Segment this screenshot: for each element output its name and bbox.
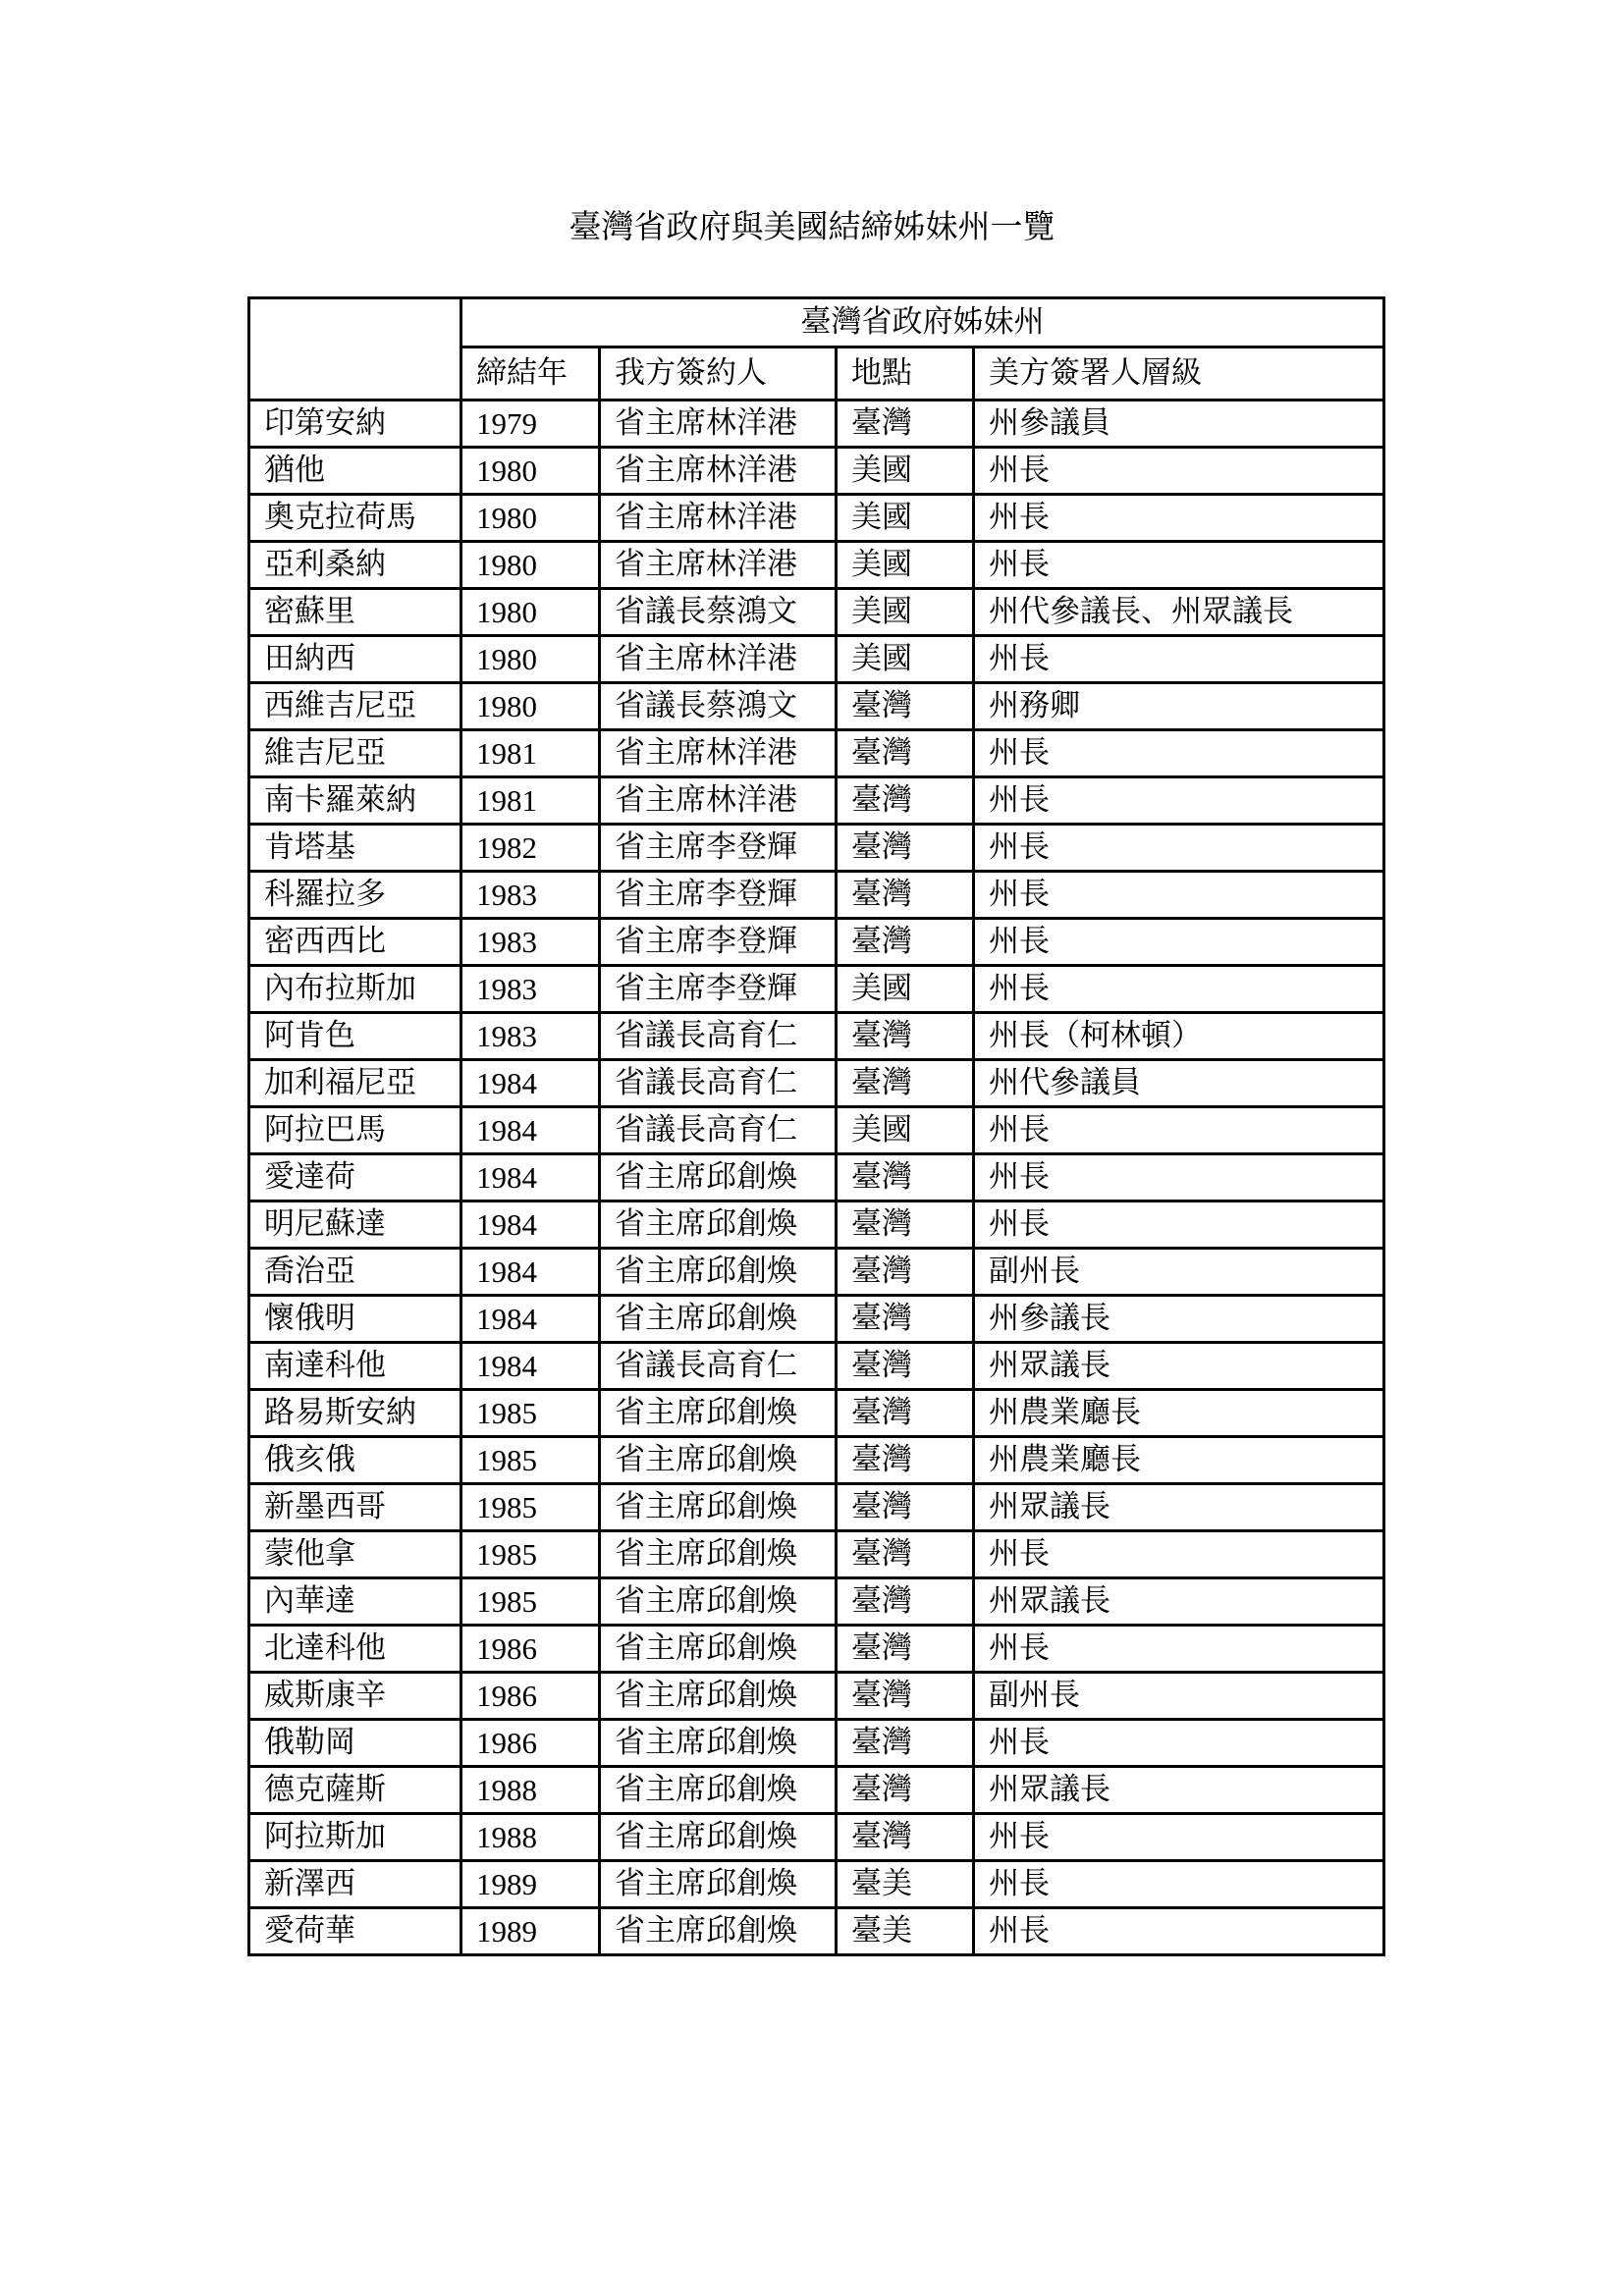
state-cell: 內布拉斯加 — [249, 966, 461, 1013]
table-row: 加利福尼亞1984省議長高育仁臺灣州代參議員 — [249, 1060, 1384, 1107]
state-cell: 明尼蘇達 — [249, 1201, 461, 1249]
year-cell: 1986 — [461, 1673, 600, 1720]
state-cell: 奧克拉荷馬 — [249, 495, 461, 542]
year-cell: 1988 — [461, 1814, 600, 1861]
state-cell: 新澤西 — [249, 1861, 461, 1908]
place-cell: 臺灣 — [837, 1720, 974, 1767]
corner-cell — [249, 298, 461, 400]
place-cell: 臺灣 — [837, 777, 974, 825]
year-cell: 1984 — [461, 1201, 600, 1249]
signer-cell: 省主席林洋港 — [600, 495, 837, 542]
us-level-cell: 州長 — [974, 495, 1384, 542]
signer-cell: 省主席林洋港 — [600, 777, 837, 825]
place-cell: 臺美 — [837, 1908, 974, 1955]
place-cell: 臺灣 — [837, 683, 974, 730]
table-row: 北達科他1986省主席邱創煥臺灣州長 — [249, 1626, 1384, 1673]
signer-cell: 省主席邱創煥 — [600, 1578, 837, 1626]
table-row: 威斯康辛1986省主席邱創煥臺灣副州長 — [249, 1673, 1384, 1720]
state-cell: 印第安納 — [249, 400, 461, 448]
signer-cell: 省主席邱創煥 — [600, 1767, 837, 1814]
us-level-cell: 州長 — [974, 1861, 1384, 1908]
signer-cell: 省主席邱創煥 — [600, 1484, 837, 1531]
signer-cell: 省主席林洋港 — [600, 730, 837, 777]
place-cell: 臺灣 — [837, 730, 974, 777]
year-cell: 1984 — [461, 1296, 600, 1343]
state-cell: 猶他 — [249, 448, 461, 495]
year-cell: 1980 — [461, 683, 600, 730]
state-cell: 南卡羅萊納 — [249, 777, 461, 825]
table-row: 喬治亞1984省主席邱創煥臺灣副州長 — [249, 1249, 1384, 1296]
us-level-cell: 副州長 — [974, 1249, 1384, 1296]
signer-cell: 省議長蔡鴻文 — [600, 683, 837, 730]
table-row: 內布拉斯加1983省主席李登輝美國州長 — [249, 966, 1384, 1013]
us-level-cell: 州長 — [974, 448, 1384, 495]
signer-cell: 省主席邱創煥 — [600, 1390, 837, 1437]
column-header-signer: 我方簽約人 — [600, 347, 837, 400]
signer-cell: 省主席李登輝 — [600, 919, 837, 966]
place-cell: 臺美 — [837, 1861, 974, 1908]
state-cell: 亞利桑納 — [249, 542, 461, 589]
year-cell: 1981 — [461, 730, 600, 777]
table-row: 西維吉尼亞1980省議長蔡鴻文臺灣州務卿 — [249, 683, 1384, 730]
table-row: 懷俄明1984省主席邱創煥臺灣州參議長 — [249, 1296, 1384, 1343]
place-cell: 臺灣 — [837, 919, 974, 966]
table-row: 明尼蘇達1984省主席邱創煥臺灣州長 — [249, 1201, 1384, 1249]
place-cell: 臺灣 — [837, 1390, 974, 1437]
place-cell: 臺灣 — [837, 1578, 974, 1626]
year-cell: 1985 — [461, 1531, 600, 1578]
us-level-cell: 州農業廳長 — [974, 1390, 1384, 1437]
table-row: 密蘇里1980省議長蔡鴻文美國州代參議長、州眾議長 — [249, 589, 1384, 636]
table-body: 印第安納1979省主席林洋港臺灣州參議員猶他1980省主席林洋港美國州長奧克拉荷… — [249, 400, 1384, 1955]
signer-cell: 省主席邱創煥 — [600, 1720, 837, 1767]
state-cell: 新墨西哥 — [249, 1484, 461, 1531]
place-cell: 臺灣 — [837, 1154, 974, 1201]
year-cell: 1985 — [461, 1437, 600, 1484]
table-row: 愛荷華1989省主席邱創煥臺美州長 — [249, 1908, 1384, 1955]
us-level-cell: 州代參議長、州眾議長 — [974, 589, 1384, 636]
signer-cell: 省主席邱創煥 — [600, 1437, 837, 1484]
state-cell: 威斯康辛 — [249, 1673, 461, 1720]
signer-cell: 省主席邱創煥 — [600, 1861, 837, 1908]
signer-cell: 省主席邱創煥 — [600, 1296, 837, 1343]
table-row: 阿肯色1983省議長高育仁臺灣州長（柯林頓） — [249, 1013, 1384, 1060]
table-row: 阿拉斯加1988省主席邱創煥臺灣州長 — [249, 1814, 1384, 1861]
place-cell: 美國 — [837, 448, 974, 495]
table-row: 亞利桑納1980省主席林洋港美國州長 — [249, 542, 1384, 589]
us-level-cell: 州長（柯林頓） — [974, 1013, 1384, 1060]
us-level-cell: 州長 — [974, 1720, 1384, 1767]
document-title: 臺灣省政府與美國結締姊妹州一覽 — [0, 201, 1624, 247]
year-cell: 1984 — [461, 1249, 600, 1296]
year-cell: 1985 — [461, 1390, 600, 1437]
signer-cell: 省主席李登輝 — [600, 872, 837, 919]
place-cell: 臺灣 — [837, 1201, 974, 1249]
place-cell: 美國 — [837, 966, 974, 1013]
state-cell: 維吉尼亞 — [249, 730, 461, 777]
table-row: 密西西比1983省主席李登輝臺灣州長 — [249, 919, 1384, 966]
state-cell: 科羅拉多 — [249, 872, 461, 919]
column-header-place: 地點 — [837, 347, 974, 400]
year-cell: 1985 — [461, 1484, 600, 1531]
us-level-cell: 州眾議長 — [974, 1767, 1384, 1814]
us-level-cell: 州參議長 — [974, 1296, 1384, 1343]
place-cell: 臺灣 — [837, 1343, 974, 1390]
signer-cell: 省主席林洋港 — [600, 400, 837, 448]
year-cell: 1989 — [461, 1861, 600, 1908]
year-cell: 1982 — [461, 825, 600, 872]
signer-cell: 省主席邱創煥 — [600, 1908, 837, 1955]
us-level-cell: 州長 — [974, 919, 1384, 966]
state-cell: 加利福尼亞 — [249, 1060, 461, 1107]
table-row: 俄亥俄1985省主席邱創煥臺灣州農業廳長 — [249, 1437, 1384, 1484]
us-level-cell: 州長 — [974, 825, 1384, 872]
place-cell: 美國 — [837, 1107, 974, 1154]
signer-cell: 省主席邱創煥 — [600, 1154, 837, 1201]
us-level-cell: 州長 — [974, 1107, 1384, 1154]
signer-cell: 省主席邱創煥 — [600, 1249, 837, 1296]
signer-cell: 省主席林洋港 — [600, 636, 837, 683]
group-header: 臺灣省政府姊妹州 — [461, 298, 1384, 347]
table-row: 蒙他拿1985省主席邱創煥臺灣州長 — [249, 1531, 1384, 1578]
us-level-cell: 州務卿 — [974, 683, 1384, 730]
year-cell: 1980 — [461, 448, 600, 495]
us-level-cell: 州長 — [974, 1201, 1384, 1249]
state-cell: 愛荷華 — [249, 1908, 461, 1955]
place-cell: 臺灣 — [837, 1767, 974, 1814]
table-row: 猶他1980省主席林洋港美國州長 — [249, 448, 1384, 495]
place-cell: 臺灣 — [837, 1531, 974, 1578]
table-row: 田納西1980省主席林洋港美國州長 — [249, 636, 1384, 683]
year-cell: 1980 — [461, 636, 600, 683]
signer-cell: 省議長高育仁 — [600, 1107, 837, 1154]
year-cell: 1984 — [461, 1154, 600, 1201]
us-level-cell: 州長 — [974, 777, 1384, 825]
us-level-cell: 州長 — [974, 1908, 1384, 1955]
us-level-cell: 州長 — [974, 1531, 1384, 1578]
year-cell: 1985 — [461, 1578, 600, 1626]
state-cell: 俄亥俄 — [249, 1437, 461, 1484]
year-cell: 1980 — [461, 589, 600, 636]
year-cell: 1980 — [461, 542, 600, 589]
year-cell: 1983 — [461, 1013, 600, 1060]
us-level-cell: 州長 — [974, 1154, 1384, 1201]
place-cell: 臺灣 — [837, 1814, 974, 1861]
state-cell: 德克薩斯 — [249, 1767, 461, 1814]
year-cell: 1980 — [461, 495, 600, 542]
state-cell: 北達科他 — [249, 1626, 461, 1673]
us-level-cell: 州長 — [974, 966, 1384, 1013]
state-cell: 密蘇里 — [249, 589, 461, 636]
place-cell: 臺灣 — [837, 872, 974, 919]
us-level-cell: 州長 — [974, 636, 1384, 683]
place-cell: 臺灣 — [837, 1060, 974, 1107]
us-level-cell: 州眾議長 — [974, 1343, 1384, 1390]
us-level-cell: 州長 — [974, 872, 1384, 919]
us-level-cell: 州長 — [974, 1626, 1384, 1673]
signer-cell: 省主席李登輝 — [600, 825, 837, 872]
place-cell: 美國 — [837, 495, 974, 542]
signer-cell: 省議長高育仁 — [600, 1013, 837, 1060]
us-level-cell: 副州長 — [974, 1673, 1384, 1720]
signer-cell: 省議長高育仁 — [600, 1343, 837, 1390]
state-cell: 俄勒岡 — [249, 1720, 461, 1767]
table-row: 科羅拉多1983省主席李登輝臺灣州長 — [249, 872, 1384, 919]
year-cell: 1981 — [461, 777, 600, 825]
year-cell: 1988 — [461, 1767, 600, 1814]
group-header-row: 臺灣省政府姊妹州 — [249, 298, 1384, 347]
signer-cell: 省主席林洋港 — [600, 542, 837, 589]
state-cell: 阿肯色 — [249, 1013, 461, 1060]
signer-cell: 省議長蔡鴻文 — [600, 589, 837, 636]
state-cell: 田納西 — [249, 636, 461, 683]
year-cell: 1983 — [461, 919, 600, 966]
state-cell: 愛達荷 — [249, 1154, 461, 1201]
us-level-cell: 州眾議長 — [974, 1484, 1384, 1531]
state-cell: 南達科他 — [249, 1343, 461, 1390]
us-level-cell: 州代參議員 — [974, 1060, 1384, 1107]
state-cell: 喬治亞 — [249, 1249, 461, 1296]
place-cell: 臺灣 — [837, 400, 974, 448]
column-header-year: 締結年 — [461, 347, 600, 400]
state-cell: 內華達 — [249, 1578, 461, 1626]
us-level-cell: 州眾議長 — [974, 1578, 1384, 1626]
table-row: 俄勒岡1986省主席邱創煥臺灣州長 — [249, 1720, 1384, 1767]
year-cell: 1984 — [461, 1107, 600, 1154]
place-cell: 美國 — [837, 636, 974, 683]
signer-cell: 省主席邱創煥 — [600, 1531, 837, 1578]
place-cell: 臺灣 — [837, 1437, 974, 1484]
year-cell: 1986 — [461, 1720, 600, 1767]
table-row: 路易斯安納1985省主席邱創煥臺灣州農業廳長 — [249, 1390, 1384, 1437]
table-row: 德克薩斯1988省主席邱創煥臺灣州眾議長 — [249, 1767, 1384, 1814]
state-cell: 路易斯安納 — [249, 1390, 461, 1437]
place-cell: 臺灣 — [837, 1296, 974, 1343]
state-cell: 懷俄明 — [249, 1296, 461, 1343]
us-level-cell: 州長 — [974, 730, 1384, 777]
place-cell: 美國 — [837, 542, 974, 589]
state-cell: 西維吉尼亞 — [249, 683, 461, 730]
table-row: 奧克拉荷馬1980省主席林洋港美國州長 — [249, 495, 1384, 542]
table-row: 阿拉巴馬1984省議長高育仁美國州長 — [249, 1107, 1384, 1154]
table-row: 印第安納1979省主席林洋港臺灣州參議員 — [249, 400, 1384, 448]
state-cell: 阿拉斯加 — [249, 1814, 461, 1861]
state-cell: 蒙他拿 — [249, 1531, 461, 1578]
year-cell: 1984 — [461, 1343, 600, 1390]
signer-cell: 省主席林洋港 — [600, 448, 837, 495]
place-cell: 臺灣 — [837, 1013, 974, 1060]
place-cell: 臺灣 — [837, 1626, 974, 1673]
us-level-cell: 州長 — [974, 1814, 1384, 1861]
year-cell: 1984 — [461, 1060, 600, 1107]
table-row: 南卡羅萊納1981省主席林洋港臺灣州長 — [249, 777, 1384, 825]
signer-cell: 省主席邱創煥 — [600, 1673, 837, 1720]
state-cell: 肯塔基 — [249, 825, 461, 872]
place-cell: 臺灣 — [837, 825, 974, 872]
us-level-cell: 州農業廳長 — [974, 1437, 1384, 1484]
signer-cell: 省主席邱創煥 — [600, 1626, 837, 1673]
table-row: 新墨西哥1985省主席邱創煥臺灣州眾議長 — [249, 1484, 1384, 1531]
table-row: 愛達荷1984省主席邱創煥臺灣州長 — [249, 1154, 1384, 1201]
signer-cell: 省議長高育仁 — [600, 1060, 837, 1107]
state-cell: 密西西比 — [249, 919, 461, 966]
year-cell: 1979 — [461, 400, 600, 448]
state-cell: 阿拉巴馬 — [249, 1107, 461, 1154]
sister-states-table: 臺灣省政府姊妹州 締結年 我方簽約人 地點 美方簽署人層級 印第安納1979省主… — [247, 296, 1385, 1956]
table-row: 南達科他1984省議長高育仁臺灣州眾議長 — [249, 1343, 1384, 1390]
place-cell: 美國 — [837, 589, 974, 636]
year-cell: 1983 — [461, 872, 600, 919]
table-row: 新澤西1989省主席邱創煥臺美州長 — [249, 1861, 1384, 1908]
place-cell: 臺灣 — [837, 1249, 974, 1296]
year-cell: 1989 — [461, 1908, 600, 1955]
signer-cell: 省主席李登輝 — [600, 966, 837, 1013]
signer-cell: 省主席邱創煥 — [600, 1201, 837, 1249]
year-cell: 1986 — [461, 1626, 600, 1673]
table-row: 肯塔基1982省主席李登輝臺灣州長 — [249, 825, 1384, 872]
table-row: 內華達1985省主席邱創煥臺灣州眾議長 — [249, 1578, 1384, 1626]
us-level-cell: 州長 — [974, 542, 1384, 589]
place-cell: 臺灣 — [837, 1484, 974, 1531]
signer-cell: 省主席邱創煥 — [600, 1814, 837, 1861]
us-level-cell: 州參議員 — [974, 400, 1384, 448]
column-header-us-level: 美方簽署人層級 — [974, 347, 1384, 400]
place-cell: 臺灣 — [837, 1673, 974, 1720]
year-cell: 1983 — [461, 966, 600, 1013]
table-row: 維吉尼亞1981省主席林洋港臺灣州長 — [249, 730, 1384, 777]
